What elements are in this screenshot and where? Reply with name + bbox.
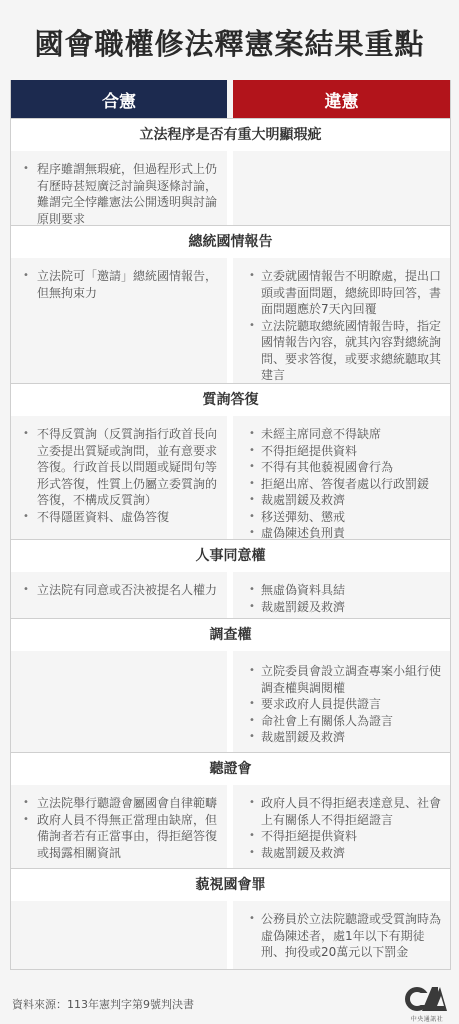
column-header-unconstitutional: 違憲 — [233, 80, 450, 118]
list-item: 移送彈劾、懲戒 — [247, 509, 442, 526]
section-interpellation: 質詢答復 不得反質詢（反質詢指行政首長向立委提出質疑或詢問，並有意要求答復。行政… — [11, 383, 450, 539]
list-item: 政府人員不得拒絕表達意見、社會上有關係人不得拒絕證言 — [247, 795, 442, 828]
list-item: 裁處罰鍰及救濟 — [247, 599, 442, 616]
unconstitutional-cell: 公務員於立法院聽證或受質詢時為虛偽陳述者，處1年以下有期徒刑、拘役或20萬元以下… — [233, 901, 450, 969]
list-item: 程序雖謂無瑕疵，但過程形式上仍有歷時甚短廣泛討論與逐條討論，難謂完全悖離憲法公開… — [21, 161, 219, 227]
comparison-table: 合憲 違憲 立法程序是否有重大明顯瑕疵 程序雖謂無瑕疵，但過程形式上仍有歷時甚短… — [10, 80, 451, 970]
list-item: 不得拒絕提供資料 — [247, 828, 442, 845]
section-title: 立法程序是否有重大明顯瑕疵 — [11, 119, 450, 151]
list-item: 立法院聽取總統國情報告時，指定國情報告內容，就其內容對總統詢問、要求答復，或要求… — [247, 318, 442, 384]
list-item: 立院委員會設立調查專案小組行使調查權與調閱權 — [247, 663, 442, 696]
column-headers: 合憲 違憲 — [11, 80, 450, 118]
section-title: 人事同意權 — [11, 540, 450, 572]
constitutional-cell: 立法院舉行聽證會屬國會自律範疇 政府人員不得無正當理由缺席，但備詢者若有正當事由… — [11, 785, 227, 868]
section-personnel-consent: 人事同意權 立法院有同意或否決被提名人權力 無虛偽資料具結 裁處罰鍰及救濟 — [11, 539, 450, 618]
list-item: 裁處罰鍰及救濟 — [247, 845, 442, 862]
list-item: 裁處罰鍰及救濟 — [247, 729, 442, 746]
section-title: 調查權 — [11, 619, 450, 651]
list-item: 命社會上有關係人為證言 — [247, 713, 442, 730]
unconstitutional-cell — [233, 151, 450, 225]
list-item: 立委就國情報告不明瞭處，提出口頭或書面問題，總統即時回答，書面問題應於7天內回覆 — [247, 268, 442, 318]
list-item: 不得反質詢（反質詢指行政首長向立委提出質疑或詢問，並有意要求答復。行政首長以問題… — [21, 426, 219, 509]
list-item: 不得隱匿資料、虛偽答復 — [21, 509, 219, 526]
list-item: 政府人員不得無正當理由缺席，但備詢者若有正當事由，得拒絕答復或揭露相關資訊 — [21, 812, 219, 862]
section-contempt-of-parliament: 藐視國會罪 公務員於立法院聽證或受質詢時為虛偽陳述者，處1年以下有期徒刑、拘役或… — [11, 868, 450, 969]
constitutional-cell: 立法院有同意或否決被提名人權力 — [11, 572, 227, 618]
cna-logo-text: 中央通訊社 — [406, 1014, 448, 1023]
cna-logo-icon — [404, 984, 448, 1018]
list-item: 未經主席同意不得缺席 — [247, 426, 442, 443]
list-item: 立法院可「邀請」總統國情報告，但無拘束力 — [21, 268, 219, 301]
page-title: 國會職權修法釋憲案結果重點 — [0, 24, 459, 64]
list-item: 不得有其他藐視國會行為 — [247, 459, 442, 476]
unconstitutional-cell: 立院委員會設立調查專案小組行使調查權與調閱權 要求政府人員提供證言 命社會上有關… — [233, 651, 450, 752]
constitutional-cell: 不得反質詢（反質詢指行政首長向立委提出質疑或詢問，並有意要求答復。行政首長以問題… — [11, 416, 227, 539]
list-item: 裁處罰鍰及救濟 — [247, 492, 442, 509]
constitutional-cell: 立法院可「邀請」總統國情報告，但無拘束力 — [11, 258, 227, 383]
list-item: 立法院有同意或否決被提名人權力 — [21, 582, 219, 599]
list-item: 不得拒絕提供資料 — [247, 443, 442, 460]
section-title: 質詢答復 — [11, 384, 450, 416]
unconstitutional-cell: 政府人員不得拒絕表達意見、社會上有關係人不得拒絕證言 不得拒絕提供資料 裁處罰鍰… — [233, 785, 450, 868]
list-item: 立法院舉行聽證會屬國會自律範疇 — [21, 795, 219, 812]
section-legislative-procedure: 立法程序是否有重大明顯瑕疵 程序雖謂無瑕疵，但過程形式上仍有歷時甚短廣泛討論與逐… — [11, 118, 450, 225]
constitutional-cell: 程序雖謂無瑕疵，但過程形式上仍有歷時甚短廣泛討論與逐條討論，難謂完全悖離憲法公開… — [11, 151, 227, 225]
list-item: 虛偽陳述負刑責 — [247, 525, 442, 542]
unconstitutional-cell: 未經主席同意不得缺席 不得拒絕提供資料 不得有其他藐視國會行為 拒絕出席、答復者… — [233, 416, 450, 539]
list-item: 拒絕出席、答復者處以行政罰鍰 — [247, 476, 442, 493]
section-title: 藐視國會罪 — [11, 869, 450, 901]
constitutional-cell — [11, 901, 227, 969]
unconstitutional-cell: 無虛偽資料具結 裁處罰鍰及救濟 — [233, 572, 450, 618]
list-item: 要求政府人員提供證言 — [247, 696, 442, 713]
column-header-constitutional: 合憲 — [11, 80, 227, 118]
section-title: 總統國情報告 — [11, 226, 450, 258]
list-item: 公務員於立法院聽證或受質詢時為虛偽陳述者，處1年以下有期徒刑、拘役或20萬元以下… — [247, 911, 442, 961]
section-presidential-report: 總統國情報告 立法院可「邀請」總統國情報告，但無拘束力 立委就國情報告不明瞭處，… — [11, 225, 450, 383]
section-hearing: 聽證會 立法院舉行聽證會屬國會自律範疇 政府人員不得無正當理由缺席，但備詢者若有… — [11, 752, 450, 868]
unconstitutional-cell: 立委就國情報告不明瞭處，提出口頭或書面問題，總統即時回答，書面問題應於7天內回覆… — [233, 258, 450, 383]
constitutional-cell — [11, 651, 227, 752]
section-investigation-power: 調查權 立院委員會設立調查專案小組行使調查權與調閱權 要求政府人員提供證言 命社… — [11, 618, 450, 752]
list-item: 無虛偽資料具結 — [247, 582, 442, 599]
section-title: 聽證會 — [11, 753, 450, 785]
data-source: 資料來源：113年憲判字第9號判決書 — [12, 996, 194, 1012]
